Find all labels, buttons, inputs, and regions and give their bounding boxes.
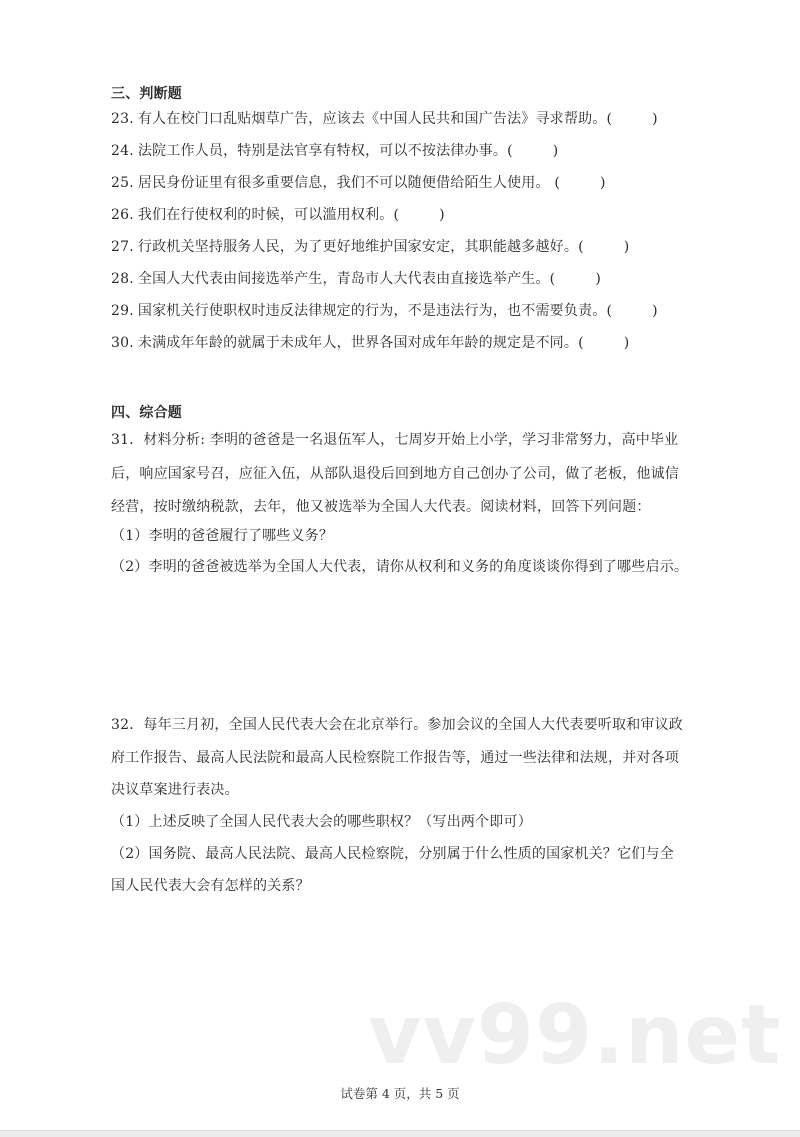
question-31-sub-1: （1）李明的爸爸履行了哪些义务？: [111, 526, 333, 546]
question-32-sub-1: （1）上述反映了全国人民代表大会的哪些职权？（写出两个即可）: [111, 812, 532, 832]
question-32-sub-2-line-2: 国人民代表大会有怎样的关系？: [111, 876, 310, 896]
answer-paren-close: ): [439, 207, 445, 223]
section-heading-judgment: 三、判断题: [111, 84, 182, 104]
answer-paren-close: ): [624, 239, 630, 255]
exam-page: 三、判断题 23.有人在校门口乱贴烟草广告，应该去《中国人民共和国广告法》寻求帮…: [0, 0, 800, 1130]
question-number: 25.: [111, 175, 134, 191]
question-text: 未满成年年龄的就属于未成年人，世界各国对成年年龄的规定是不同。(: [138, 335, 584, 351]
section-heading-comprehensive: 四、综合题: [111, 403, 182, 423]
answer-paren-close: ): [624, 335, 630, 351]
question-31-line-3: 经营，按时缴纳税款，去年，他又被选举为全国人大代表。阅读材料，回答下列问题：: [111, 497, 651, 517]
question-text: 23.: [111, 111, 134, 127]
question-number: 30.: [111, 335, 134, 351]
answer-paren-close: ): [652, 303, 658, 319]
answer-paren-close: ): [553, 143, 559, 159]
question-27: 27.行政机关坚持服务人民，为了更好地维护国家安定，其职能越多越好。(): [111, 237, 629, 257]
question-number: 28.: [111, 271, 134, 287]
page-bottom-edge: [0, 1130, 800, 1137]
answer-paren-close: ): [600, 175, 606, 191]
question-text: 全国人大代表由间接选举产生，青岛市人大代表由直接选举产生。(: [138, 271, 555, 287]
question-number: 29.: [111, 303, 134, 319]
watermark: vv99.net: [368, 995, 781, 1077]
question-32-line-1: 32．每年三月初，全国人民代表大会在北京举行。参加会议的全国人大代表要听取和审议…: [111, 715, 683, 735]
question-32-line-3: 决议草案进行表决。: [111, 780, 239, 800]
question-text: 国家机关行使职权时违反法律规定的行为，不是违法行为，也不需要负责。(: [138, 303, 612, 319]
question-32-line-2: 府工作报告、最高人民法院和最高人民检察院工作报告等，通过一些法律和法规，并对各项: [111, 748, 679, 768]
question-26: 26.我们在行使权利的时候，可以滥用权利。(): [111, 205, 445, 225]
question-number: 26.: [111, 207, 134, 223]
question-text: 我们在行使权利的时候，可以滥用权利。(: [138, 207, 399, 223]
question-31-sub-2: （2）李明的爸爸被选举为全国人大代表，请你从权利和义务的角度谈谈你得到了哪些启示…: [111, 557, 688, 577]
question-text: 居民身份证里有很多重要信息，我们不可以随便借给陌生人使用。 (: [138, 175, 560, 191]
question-29: 29.国家机关行使职权时违反法律规定的行为，不是违法行为，也不需要负责。(): [111, 301, 658, 321]
question-28: 28.全国人大代表由间接选举产生，青岛市人大代表由直接选举产生。(): [111, 269, 601, 289]
question-text: 法院工作人员，特别是法官享有特权，可以不按法律办事。(: [138, 143, 513, 159]
question-30: 30.未满成年年龄的就属于未成年人，世界各国对成年年龄的规定是不同。(): [111, 333, 629, 353]
question-32-sub-2-line-1: （2）国务院、最高人民法院、最高人民检察院，分别属于什么性质的国家机关？它们与全: [111, 844, 674, 864]
question-31-line-1: 31．材料分析: 李明的爸爸是一名退伍军人，七周岁开始上小学，学习非常努力，高中…: [111, 430, 678, 450]
question-text: 有人在校门口乱贴烟草广告，应该去《中国人民共和国广告法》寻求帮助。(: [138, 111, 612, 127]
question-25: 25.居民身份证里有很多重要信息，我们不可以随便借给陌生人使用。 (): [111, 173, 606, 193]
question-text: 行政机关坚持服务人民，为了更好地维护国家安定，其职能越多越好。(: [138, 239, 584, 255]
question-24: 24.法院工作人员，特别是法官享有特权，可以不按法律办事。(): [111, 141, 558, 161]
question-number: 27.: [111, 239, 134, 255]
answer-paren-close: ): [652, 111, 658, 127]
question-23: 23.有人在校门口乱贴烟草广告，应该去《中国人民共和国广告法》寻求帮助。(): [111, 109, 658, 129]
answer-paren-close: ): [595, 271, 601, 287]
question-number: 24.: [111, 143, 134, 159]
page-footer: 试卷第 4 页，共 5 页: [0, 1084, 800, 1102]
question-31-line-2: 后，响应国家号召，应征入伍，从部队退役后回到地方自己创办了公司，做了老板，他诚信: [111, 464, 679, 484]
